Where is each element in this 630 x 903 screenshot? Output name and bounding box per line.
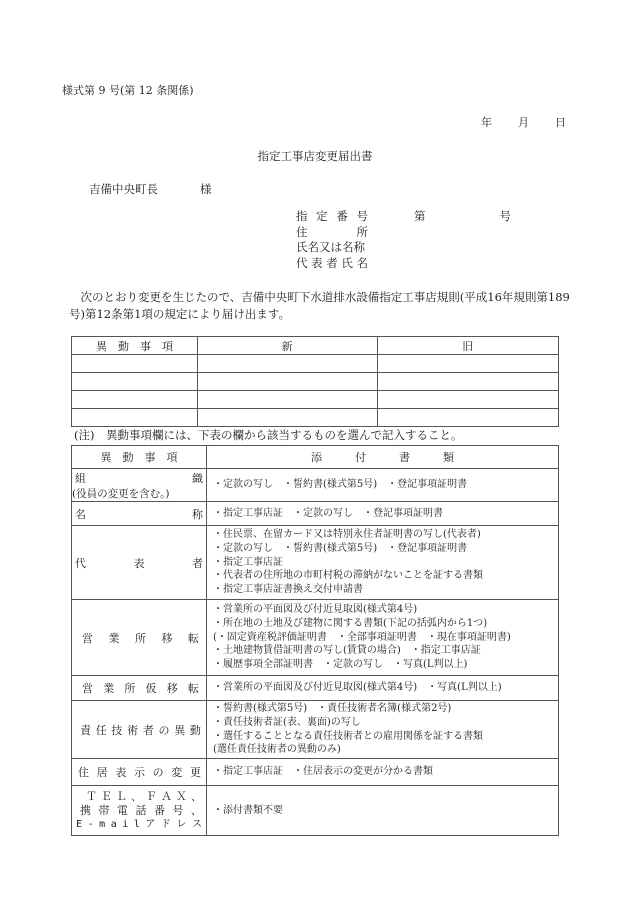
item-cell[interactable] [72,409,198,427]
change-table: 異 動 事 項 新 旧 [71,336,559,427]
date-month-label: 月 [518,114,529,130]
new-cell[interactable] [198,391,377,409]
document-title: 指定工事店変更届出書 [0,148,630,164]
old-cell[interactable] [377,355,558,373]
table-row [72,355,559,373]
item-cell: 営業所仮移転 [72,676,207,701]
addressee: 吉備中央町長様 [89,181,212,197]
old-cell[interactable] [377,391,558,409]
new-cell[interactable] [198,409,377,427]
item-cell: 住居表示の変更 [72,759,207,786]
header-docs: 添 付 書 類 [207,446,559,469]
header-item: 異 動 事 項 [72,337,198,355]
addressee-suffix: 様 [200,182,212,196]
address-label: 住所 [296,225,368,241]
item-cell: 営業所移転 [72,600,207,676]
docs-cell: ・営業所の平面図及び付近見取図(様式第4号) ・写真(L判以上) [207,676,559,701]
item-cell: 名称 [72,502,207,526]
name-row: 氏名又は名称 [296,240,511,256]
table-row: 住居表示の変更 ・指定工事店証 ・住居表示の変更が分かる書類 [72,759,559,786]
attachment-table: 異 動 事 項 添 付 書 類 組織 (役員の変更を含む。) ・定款の写し ・誓… [71,445,559,836]
docs-cell: ・指定工事店証 ・定款の写し ・登記事項証明書 [207,502,559,526]
date-day-label: 日 [555,114,566,130]
representative-row: 代表者氏名 [296,256,511,272]
docs-cell: ・住民票、在留カード又は特別永住者証明書の写し(代表者) ・定款の写し ・誓約書… [207,526,559,600]
change-table-header: 異 動 事 項 新 旧 [72,337,559,355]
addressee-name: 吉備中央町長 [89,182,158,196]
table-row: 名称 ・指定工事店証 ・定款の写し ・登記事項証明書 [72,502,559,526]
item-cell[interactable] [72,355,198,373]
header-new: 新 [198,337,377,355]
form-number: 様式第 9 号(第 12 条関係) [62,82,194,98]
table-row [72,391,559,409]
attachment-table-header: 異 動 事 項 添 付 書 類 [72,446,559,469]
applicant-block: 指定番号 第 号 住所 氏名又は名称 代表者氏名 [296,209,511,271]
table-row: 代表者 ・住民票、在留カード又は特別永住者証明書の写し(代表者) ・定款の写し … [72,526,559,600]
item-cell[interactable] [72,373,198,391]
old-cell[interactable] [377,373,558,391]
table-row: 責任技術者の異動 ・誓約書(様式第5号) ・責任技術者名簿(様式第2号) ・責任… [72,701,559,759]
table-row [72,373,559,391]
item-cell: ＴＥＬ、ＦＡＸ、 携帯電話番号、 E-mailアドレス [72,786,207,836]
header-item: 異 動 事 項 [72,446,207,469]
item-cell[interactable] [72,391,198,409]
table-row: 組織 (役員の変更を含む。) ・定款の写し ・誓約書(様式第5号) ・登記事項証… [72,469,559,502]
designation-go: 号 [500,209,512,225]
docs-cell: ・添付書類不要 [207,786,559,836]
designation-number-row: 指定番号 第 号 [296,209,511,225]
new-cell[interactable] [198,355,377,373]
docs-cell: ・定款の写し ・誓約書(様式第5号) ・登記事項証明書 [207,469,559,502]
body-text: 次のとおり変更を生じたので、吉備中央町下水道排水設備指定工事店規則(平成16年規… [69,289,577,323]
representative-label: 代表者氏名 [296,256,368,272]
item-cell: 組織 (役員の変更を含む。) [72,469,207,502]
item-cell: 責任技術者の異動 [72,701,207,759]
header-old: 旧 [377,337,558,355]
table-row: ＴＥＬ、ＦＡＸ、 携帯電話番号、 E-mailアドレス ・添付書類不要 [72,786,559,836]
docs-cell: ・営業所の平面図及び付近見取図(様式第4号) ・所在地の土地及び建物に関する書類… [207,600,559,676]
note: (注) 異動事項欄には、下表の欄から該当するものを選んで記入すること。 [74,427,462,443]
docs-cell: ・誓約書(様式第5号) ・責任技術者名簿(様式第2号) ・責任技術者証(表、裏面… [207,701,559,759]
item-cell: 代表者 [72,526,207,600]
new-cell[interactable] [198,373,377,391]
name-label: 氏名又は名称 [296,240,368,256]
address-row: 住所 [296,225,511,241]
docs-cell: ・指定工事店証 ・住居表示の変更が分かる書類 [207,759,559,786]
date-year-label: 年 [481,114,492,130]
table-row [72,409,559,427]
designation-dai: 第 [414,209,426,225]
table-row: 営業所移転 ・営業所の平面図及び付近見取図(様式第4号) ・所在地の土地及び建物… [72,600,559,676]
designation-number-label: 指定番号 [296,209,368,225]
old-cell[interactable] [377,409,558,427]
table-row: 営業所仮移転 ・営業所の平面図及び付近見取図(様式第4号) ・写真(L判以上) [72,676,559,701]
